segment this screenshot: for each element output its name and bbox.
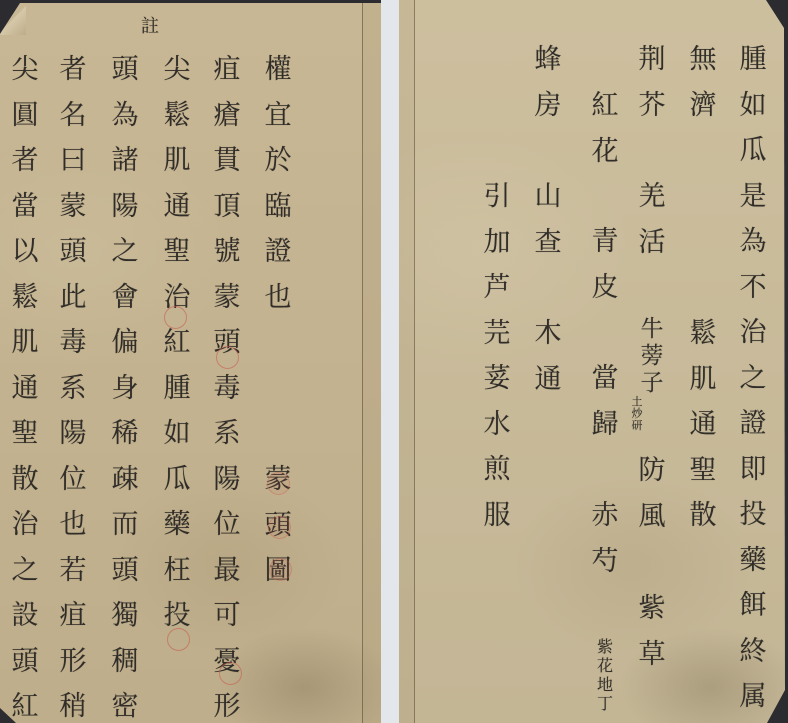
red-punctuation-circle [216, 346, 239, 369]
right-page: 腫如瓜是為不治之證即投藥餌終属 無濟 鬆肌通聖散 荆芥 羌活 牛蒡子 土炒研 防… [399, 0, 788, 723]
character: 系 [53, 366, 93, 412]
character: 號 [207, 229, 247, 275]
character: 可 [207, 593, 247, 639]
character: 頭 [53, 229, 93, 275]
herb-ingredient: 青皮 [585, 219, 625, 310]
character: 位 [207, 502, 247, 548]
character: 名 [53, 93, 93, 139]
character: 如 [733, 83, 773, 129]
character: 頭 [105, 548, 145, 594]
character: 是 [733, 174, 773, 220]
page-margin-line [414, 0, 415, 723]
character: 無 [683, 37, 723, 83]
left-page: 註 權宜於臨證也 蒙頭圖 疽瘡貫頂號蒙頭毒系陽位最可憂形 尖鬆肌通聖治紅腫如瓜藥… [0, 0, 381, 723]
preparation-note: 土炒研 [627, 396, 647, 432]
character: 濟 [683, 83, 723, 129]
character: 通 [157, 184, 197, 230]
character: 肌 [683, 357, 723, 403]
character: 稀 [105, 411, 145, 457]
character: 研 [627, 420, 647, 432]
character: 散 [5, 457, 45, 503]
binding-margin [399, 0, 414, 723]
character: 聖 [5, 411, 45, 457]
character: 形 [207, 684, 247, 723]
character: 治 [733, 310, 773, 356]
character: 瘡 [207, 93, 247, 139]
character: 陽 [105, 184, 145, 230]
binding-gap [381, 0, 399, 723]
character: 密 [105, 684, 145, 723]
character: 皮 [585, 265, 625, 311]
prescription-name: 鬆肌通聖散 [683, 311, 723, 539]
character: 肌 [157, 138, 197, 184]
character: 鬆 [157, 93, 197, 139]
character: 荆 [632, 37, 672, 83]
character: 蒡 [632, 343, 672, 370]
dosage-instruction: 引加芦芫荽水煎服 [477, 174, 517, 538]
character: 者 [53, 47, 93, 93]
character: 通 [528, 357, 568, 403]
character: 之 [733, 356, 773, 402]
herb-ingredient: 牛蒡子 [632, 316, 672, 397]
text-column: 尖圓者當以鬆肌通聖散治之設頭紅 [5, 47, 45, 723]
red-punctuation-circle [167, 628, 190, 651]
character: 蒙 [53, 184, 93, 230]
text-segment: 無濟 [683, 37, 723, 128]
character: 丁 [585, 694, 625, 713]
character: 肌 [5, 320, 45, 366]
herb-ingredient: 當歸 [585, 356, 625, 447]
character: 荽 [477, 356, 517, 402]
character: 赤 [585, 493, 625, 539]
character: 頭 [105, 47, 145, 93]
text-column: 者名曰蒙頭此毒系陽位也若疽形稍 [53, 47, 93, 723]
character: 設 [5, 593, 45, 639]
character: 蒙 [207, 275, 247, 321]
character: 紅 [5, 684, 45, 723]
character: 聖 [683, 448, 723, 494]
character: 形 [53, 639, 93, 685]
character: 權 [258, 47, 298, 93]
herb-ingredient: 羌活 [632, 174, 672, 265]
header-annotation: 註 [135, 15, 165, 39]
character: 也 [53, 502, 93, 548]
character: 水 [477, 402, 517, 448]
character: 木 [528, 311, 568, 357]
character: 草 [632, 632, 672, 678]
character: 加 [477, 220, 517, 266]
character: 投 [733, 492, 773, 538]
character: 不 [733, 265, 773, 311]
folded-corner [0, 3, 26, 35]
character: 腫 [733, 37, 773, 83]
character: 羌 [632, 174, 672, 220]
text-column: 腫如瓜是為不治之證即投藥餌終属 [733, 37, 773, 720]
character: 位 [53, 457, 93, 503]
character: 疽 [207, 47, 247, 93]
character: 證 [258, 229, 298, 275]
character: 者 [5, 138, 45, 184]
character: 為 [105, 93, 145, 139]
character: 瓜 [733, 128, 773, 174]
herb-ingredient: 赤芍 [585, 493, 625, 584]
character: 防 [632, 448, 672, 494]
herb-ingredient: 紅花 [585, 83, 625, 174]
character: 毒 [53, 320, 93, 366]
herb-ingredient: 荆芥 [632, 37, 672, 128]
character: 山 [528, 174, 568, 220]
character: 花 [585, 656, 625, 675]
character: 系 [207, 411, 247, 457]
character: 蜂 [528, 37, 568, 83]
character: 圓 [5, 93, 45, 139]
character: 藥 [157, 502, 197, 548]
character: 聖 [157, 229, 197, 275]
character: 餌 [733, 583, 773, 629]
character: 地 [585, 675, 625, 694]
red-punctuation-circle [268, 516, 291, 539]
character: 查 [528, 220, 568, 266]
character: 腫 [157, 366, 197, 412]
character: 毒 [207, 366, 247, 412]
herb-ingredient: 防風 [632, 448, 672, 539]
character: 頭 [5, 639, 45, 685]
character: 會 [105, 275, 145, 321]
character: 證 [733, 401, 773, 447]
binding-margin [362, 0, 381, 723]
character: 尖 [5, 47, 45, 93]
character: 諸 [105, 138, 145, 184]
character: 獨 [105, 593, 145, 639]
character: 註 [135, 15, 165, 39]
character: 尖 [157, 47, 197, 93]
character: 引 [477, 174, 517, 220]
character: 属 [733, 674, 773, 720]
character: 也 [258, 275, 298, 321]
character: 當 [5, 184, 45, 230]
character: 房 [528, 83, 568, 129]
character: 陽 [207, 457, 247, 503]
character: 芫 [477, 311, 517, 357]
character: 臨 [258, 184, 298, 230]
character: 活 [632, 220, 672, 266]
character: 最 [207, 548, 247, 594]
herb-ingredient: 紫草 [632, 586, 672, 677]
text-column: 尖鬆肌通聖治紅腫如瓜藥枉投 [157, 47, 197, 639]
text-column: 頭為諸陽之會偏身稀疎而頭獨稠密 [105, 47, 145, 723]
character: 風 [632, 494, 672, 540]
character: 紫 [585, 637, 625, 656]
character: 芍 [585, 539, 625, 585]
red-punctuation-circle [269, 558, 292, 581]
herb-ingredient: 山查 [528, 174, 568, 265]
character: 以 [5, 229, 45, 275]
red-punctuation-circle [164, 306, 187, 329]
character: 牛 [632, 316, 672, 343]
character: 當 [585, 356, 625, 402]
character: 紫 [632, 586, 672, 632]
text-column: 權宜於臨證也 [258, 47, 298, 320]
character: 藥 [733, 538, 773, 584]
character: 稍 [53, 684, 93, 723]
character: 身 [105, 366, 145, 412]
character: 若 [53, 548, 93, 594]
character: 煎 [477, 447, 517, 493]
character: 子 [632, 370, 672, 397]
character: 青 [585, 219, 625, 265]
page-margin-line [362, 0, 363, 723]
character: 陽 [53, 411, 93, 457]
text-column: 疽瘡貫頂號蒙頭毒系陽位最可憂形 [207, 47, 247, 723]
character: 鬆 [683, 311, 723, 357]
character: 枉 [157, 548, 197, 594]
character: 芦 [477, 265, 517, 311]
character: 疎 [105, 457, 145, 503]
character: 於 [258, 138, 298, 184]
herb-ingredient-small: 紫花地丁 [585, 637, 625, 713]
character: 曰 [53, 138, 93, 184]
character: 如 [157, 411, 197, 457]
character: 芥 [632, 83, 672, 129]
character: 歸 [585, 402, 625, 448]
character: 頂 [207, 184, 247, 230]
character: 稠 [105, 639, 145, 685]
red-punctuation-circle [267, 472, 290, 495]
character: 瓜 [157, 457, 197, 503]
character: 鬆 [5, 275, 45, 321]
character: 紅 [585, 83, 625, 129]
character: 而 [105, 502, 145, 548]
character: 之 [5, 548, 45, 594]
character: 通 [683, 402, 723, 448]
red-punctuation-circle [219, 662, 242, 685]
character: 為 [733, 219, 773, 265]
character: 治 [5, 502, 45, 548]
character: 即 [733, 447, 773, 493]
character: 貫 [207, 138, 247, 184]
herb-ingredient: 木通 [528, 311, 568, 402]
character: 偏 [105, 320, 145, 366]
character: 宜 [258, 93, 298, 139]
character: 此 [53, 275, 93, 321]
character: 服 [477, 493, 517, 539]
character: 通 [5, 366, 45, 412]
character: 疽 [53, 593, 93, 639]
character: 散 [683, 493, 723, 539]
character: 終 [733, 629, 773, 675]
herb-ingredient: 蜂房 [528, 37, 568, 128]
character: 之 [105, 229, 145, 275]
character: 花 [585, 129, 625, 175]
